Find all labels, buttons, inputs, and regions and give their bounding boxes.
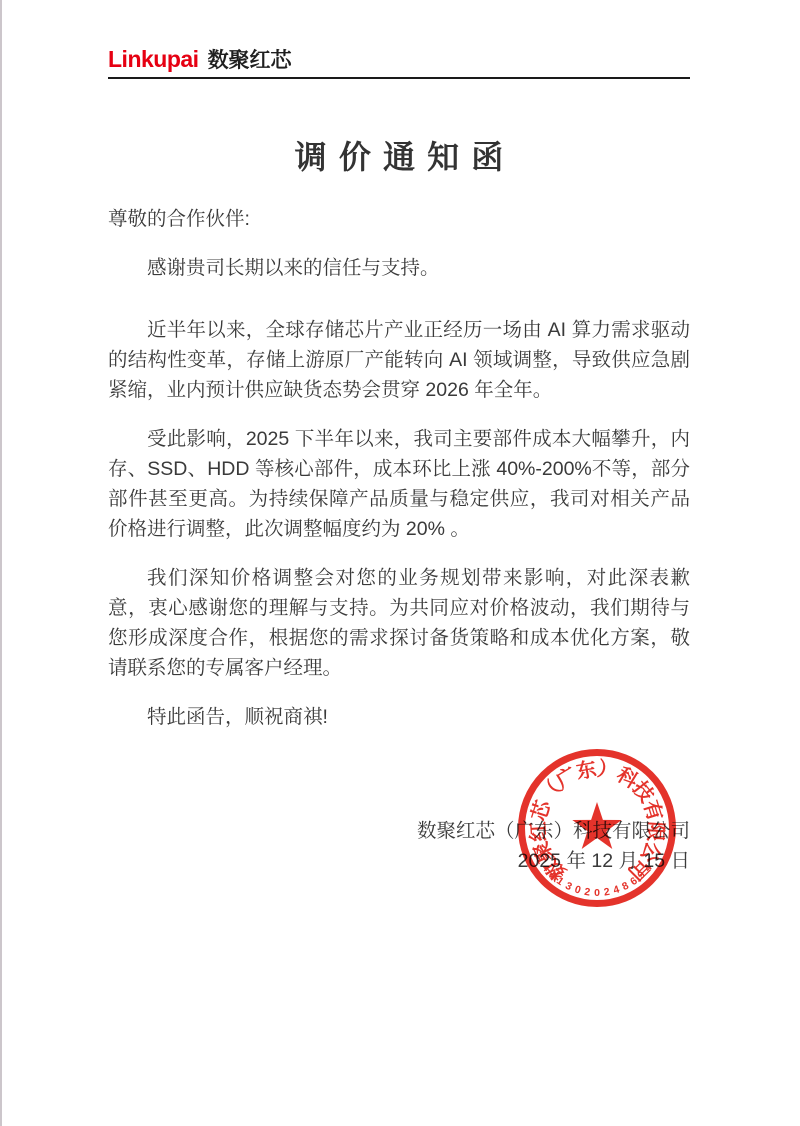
salutation: 尊敬的合作伙伴: <box>108 204 690 234</box>
logo-latin-text: Linkupai <box>108 46 199 72</box>
paragraph-cost-adjustment: 受此影响，2025 下半年以来，我司主要部件成本大幅攀升，内存、SSD、HDD … <box>108 424 690 544</box>
svg-text:1: 1 <box>554 875 566 888</box>
page-left-edge-line <box>0 0 2 1126</box>
letter-title: 调价通知函 <box>108 136 690 178</box>
company-logo: Linkupai 数聚红芯 <box>108 46 690 74</box>
logo-cjk-text: 数聚红芯 <box>208 48 292 74</box>
svg-text:3: 3 <box>563 880 574 893</box>
svg-text:8: 8 <box>620 880 631 893</box>
letterhead: Linkupai 数聚红芯 <box>108 46 690 79</box>
paragraph-closing: 特此函告，顺祝商祺! <box>108 702 690 732</box>
svg-text:6: 6 <box>628 875 640 888</box>
svg-text:4: 4 <box>612 883 621 896</box>
signature-date: 2025 年 12 月 15 日 <box>108 846 690 876</box>
signature-company: 数聚红芯（广东）科技有限公司 <box>108 816 690 846</box>
svg-text:0: 0 <box>594 887 600 899</box>
signature-block: 数聚红芯（广东）科技有限公司 2025 年 12 月 15 日 <box>108 816 690 876</box>
paragraph-apology-cooperation: 我们深知价格调整会对您的业务规划带来影响，对此深表歉意，衷心感谢您的理解与支持。… <box>108 563 690 683</box>
svg-text:2: 2 <box>603 886 611 899</box>
paragraph-market-background: 近半年以来，全球存储芯片产业正经历一场由 AI 算力需求驱动的结构性变革，存储上… <box>108 315 690 405</box>
svg-text:2: 2 <box>583 886 591 899</box>
paragraph-thanks: 感谢贵司长期以来的信任与支持。 <box>108 253 690 283</box>
svg-text:0: 0 <box>573 883 582 896</box>
letter-body: 尊敬的合作伙伴: 感谢贵司长期以来的信任与支持。 近半年以来，全球存储芯片产业正… <box>108 204 690 876</box>
